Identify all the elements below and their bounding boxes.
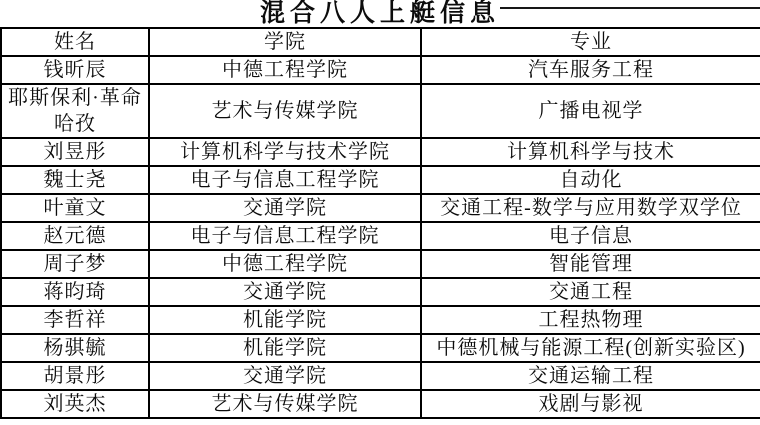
table-row: 耶斯保利·革命哈孜 艺术与传媒学院 广播电视学 — [1, 84, 760, 138]
table-row: 胡景彤 交通学院 交通运输工程 — [1, 362, 760, 390]
cell-name: 赵元德 — [1, 222, 149, 250]
cell-college: 艺术与传媒学院 — [149, 390, 421, 418]
cell-name: 钱昕辰 — [1, 56, 149, 84]
cell-name: 周子梦 — [1, 250, 149, 278]
cell-major: 智能管理 — [421, 250, 760, 278]
cell-major: 汽车服务工程 — [421, 56, 760, 84]
page-title: 混合八人上艇信息 — [0, 0, 760, 27]
top-right-gridline — [500, 7, 760, 9]
table-row: 钱昕辰 中德工程学院 汽车服务工程 — [1, 56, 760, 84]
table-row: 李哲祥 机能学院 工程热物理 — [1, 306, 760, 334]
cell-name: 耶斯保利·革命哈孜 — [1, 84, 149, 138]
table-row: 刘昱彤 计算机科学与技术学院 计算机科学与技术 — [1, 138, 760, 166]
cell-major: 交通运输工程 — [421, 362, 760, 390]
cell-major: 戏剧与影视 — [421, 390, 760, 418]
cell-college: 机能学院 — [149, 334, 421, 362]
cell-major: 交通工程 — [421, 278, 760, 306]
cell-college: 艺术与传媒学院 — [149, 84, 421, 138]
column-header-name: 姓名 — [1, 28, 149, 56]
cell-major: 交通工程-数学与应用数学双学位 — [421, 194, 760, 222]
cell-name: 刘英杰 — [1, 390, 149, 418]
column-header-college: 学院 — [149, 28, 421, 56]
table-row: 蒋昀琦 交通学院 交通工程 — [1, 278, 760, 306]
table-row: 赵元德 电子与信息工程学院 电子信息 — [1, 222, 760, 250]
cell-major: 电子信息 — [421, 222, 760, 250]
table-row: 刘英杰 艺术与传媒学院 戏剧与影视 — [1, 390, 760, 418]
table-row: 周子梦 中德工程学院 智能管理 — [1, 250, 760, 278]
cell-name: 李哲祥 — [1, 306, 149, 334]
table-header-row: 姓名 学院 专业 — [1, 28, 760, 56]
table-row: 叶童文 交通学院 交通工程-数学与应用数学双学位 — [1, 194, 760, 222]
cell-major: 计算机科学与技术 — [421, 138, 760, 166]
cell-college: 电子与信息工程学院 — [149, 222, 421, 250]
cell-name: 魏士尧 — [1, 166, 149, 194]
cell-name: 刘昱彤 — [1, 138, 149, 166]
cell-college: 电子与信息工程学院 — [149, 166, 421, 194]
table-row: 杨骐毓 机能学院 中德机械与能源工程(创新实验区) — [1, 334, 760, 362]
cell-name: 叶童文 — [1, 194, 149, 222]
table-row: 魏士尧 电子与信息工程学院 自动化 — [1, 166, 760, 194]
cell-college: 机能学院 — [149, 306, 421, 334]
cell-name: 胡景彤 — [1, 362, 149, 390]
roster-table: 姓名 学院 专业 钱昕辰 中德工程学院 汽车服务工程 耶斯保利·革命哈孜 艺术与… — [0, 27, 760, 419]
cell-college: 交通学院 — [149, 362, 421, 390]
cell-college: 中德工程学院 — [149, 250, 421, 278]
column-header-major: 专业 — [421, 28, 760, 56]
cell-major: 广播电视学 — [421, 84, 760, 138]
cell-name: 杨骐毓 — [1, 334, 149, 362]
cell-major: 中德机械与能源工程(创新实验区) — [421, 334, 760, 362]
cell-college: 中德工程学院 — [149, 56, 421, 84]
cell-college: 交通学院 — [149, 278, 421, 306]
cell-major: 工程热物理 — [421, 306, 760, 334]
cell-name: 蒋昀琦 — [1, 278, 149, 306]
cell-college: 交通学院 — [149, 194, 421, 222]
cell-college: 计算机科学与技术学院 — [149, 138, 421, 166]
cell-major: 自动化 — [421, 166, 760, 194]
